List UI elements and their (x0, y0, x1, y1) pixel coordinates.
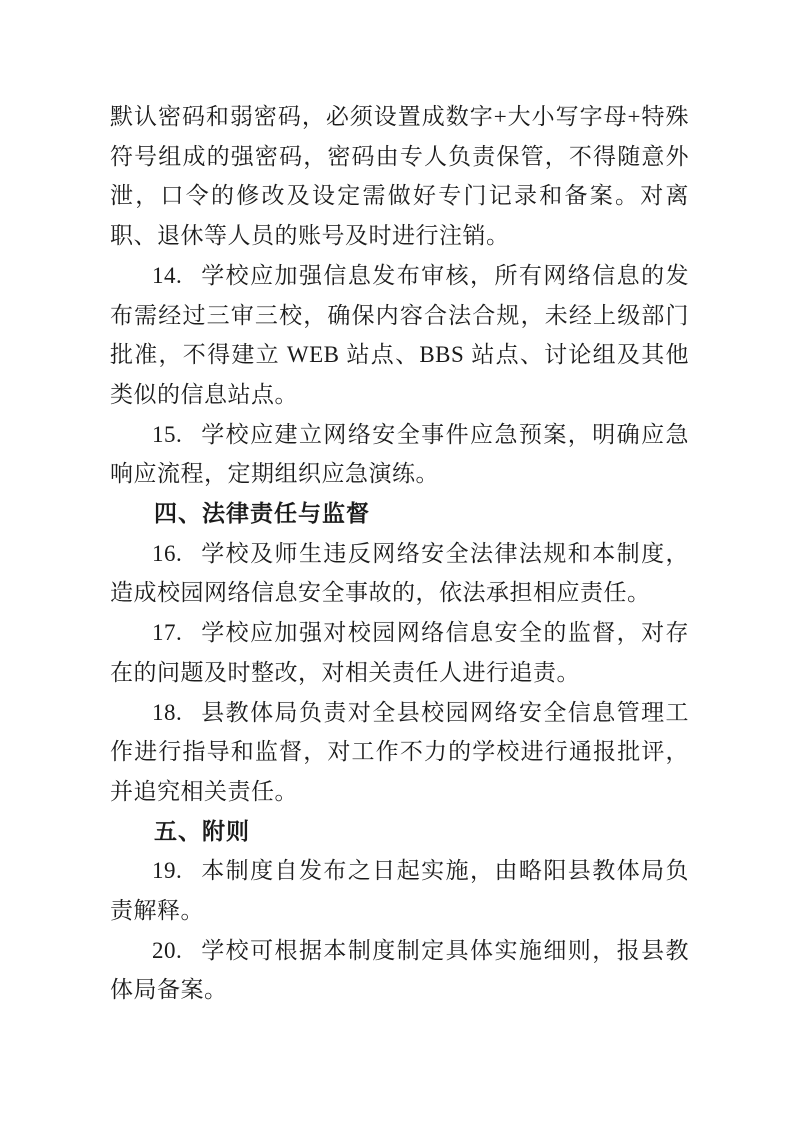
item-number: 15. (152, 422, 182, 447)
item-number: 17. (152, 620, 182, 645)
numbered-paragraph-17: 17.学校应加强对校园网络信息安全的监督，对存在的问题及时整改，对相关责任人进行… (110, 613, 689, 692)
item-text: 学校应建立网络安全事件应急预案，明确应急响应流程，定期组织应急演练。 (110, 422, 689, 487)
numbered-paragraph-15: 15.学校应建立网络安全事件应急预案，明确应急响应流程，定期组织应急演练。 (110, 415, 689, 494)
numbered-paragraph-18: 18.县教体局负责对全县校园网络安全信息管理工作进行指导和监督，对工作不力的学校… (110, 693, 689, 812)
paragraph-continuation: 默认密码和弱密码，必须设置成数字+大小写字母+特殊符号组成的强密码，密码由专人负… (110, 97, 689, 256)
item-number: 14. (152, 263, 182, 288)
item-text: 学校及师生违反网络安全法律法规和本制度，造成校园网络信息安全事故的，依法承担相应… (110, 541, 689, 606)
item-text: 学校可根据本制度制定具体实施细则，报县教体局备案。 (110, 938, 689, 1003)
section-heading-supplementary-provisions: 五、附则 (110, 812, 689, 852)
item-number: 19. (152, 858, 182, 883)
item-number: 18. (152, 700, 182, 725)
item-text: 县教体局负责对全县校园网络安全信息管理工作进行指导和监督，对工作不力的学校进行通… (110, 700, 689, 804)
item-number: 16. (152, 541, 182, 566)
item-text: 学校应加强对校园网络信息安全的监督，对存在的问题及时整改，对相关责任人进行追责。 (110, 620, 689, 685)
document-page: 默认密码和弱密码，必须设置成数字+大小写字母+特殊符号组成的强密码，密码由专人负… (0, 0, 793, 1122)
item-number: 20. (152, 938, 182, 963)
item-text: 学校应加强信息发布审核，所有网络信息的发布需经过三审三校，确保内容合法合规，未经… (110, 263, 689, 407)
numbered-paragraph-14: 14.学校应加强信息发布审核，所有网络信息的发布需经过三审三校，确保内容合法合规… (110, 256, 689, 415)
numbered-paragraph-16: 16.学校及师生违反网络安全法律法规和本制度，造成校园网络信息安全事故的，依法承… (110, 534, 689, 613)
numbered-paragraph-19: 19.本制度自发布之日起实施，由略阳县教体局负责解释。 (110, 851, 689, 930)
numbered-paragraph-20: 20.学校可根据本制度制定具体实施细则，报县教体局备案。 (110, 931, 689, 1010)
item-text: 本制度自发布之日起实施，由略阳县教体局负责解释。 (110, 858, 689, 923)
section-heading-legal-responsibility: 四、法律责任与监督 (110, 494, 689, 534)
